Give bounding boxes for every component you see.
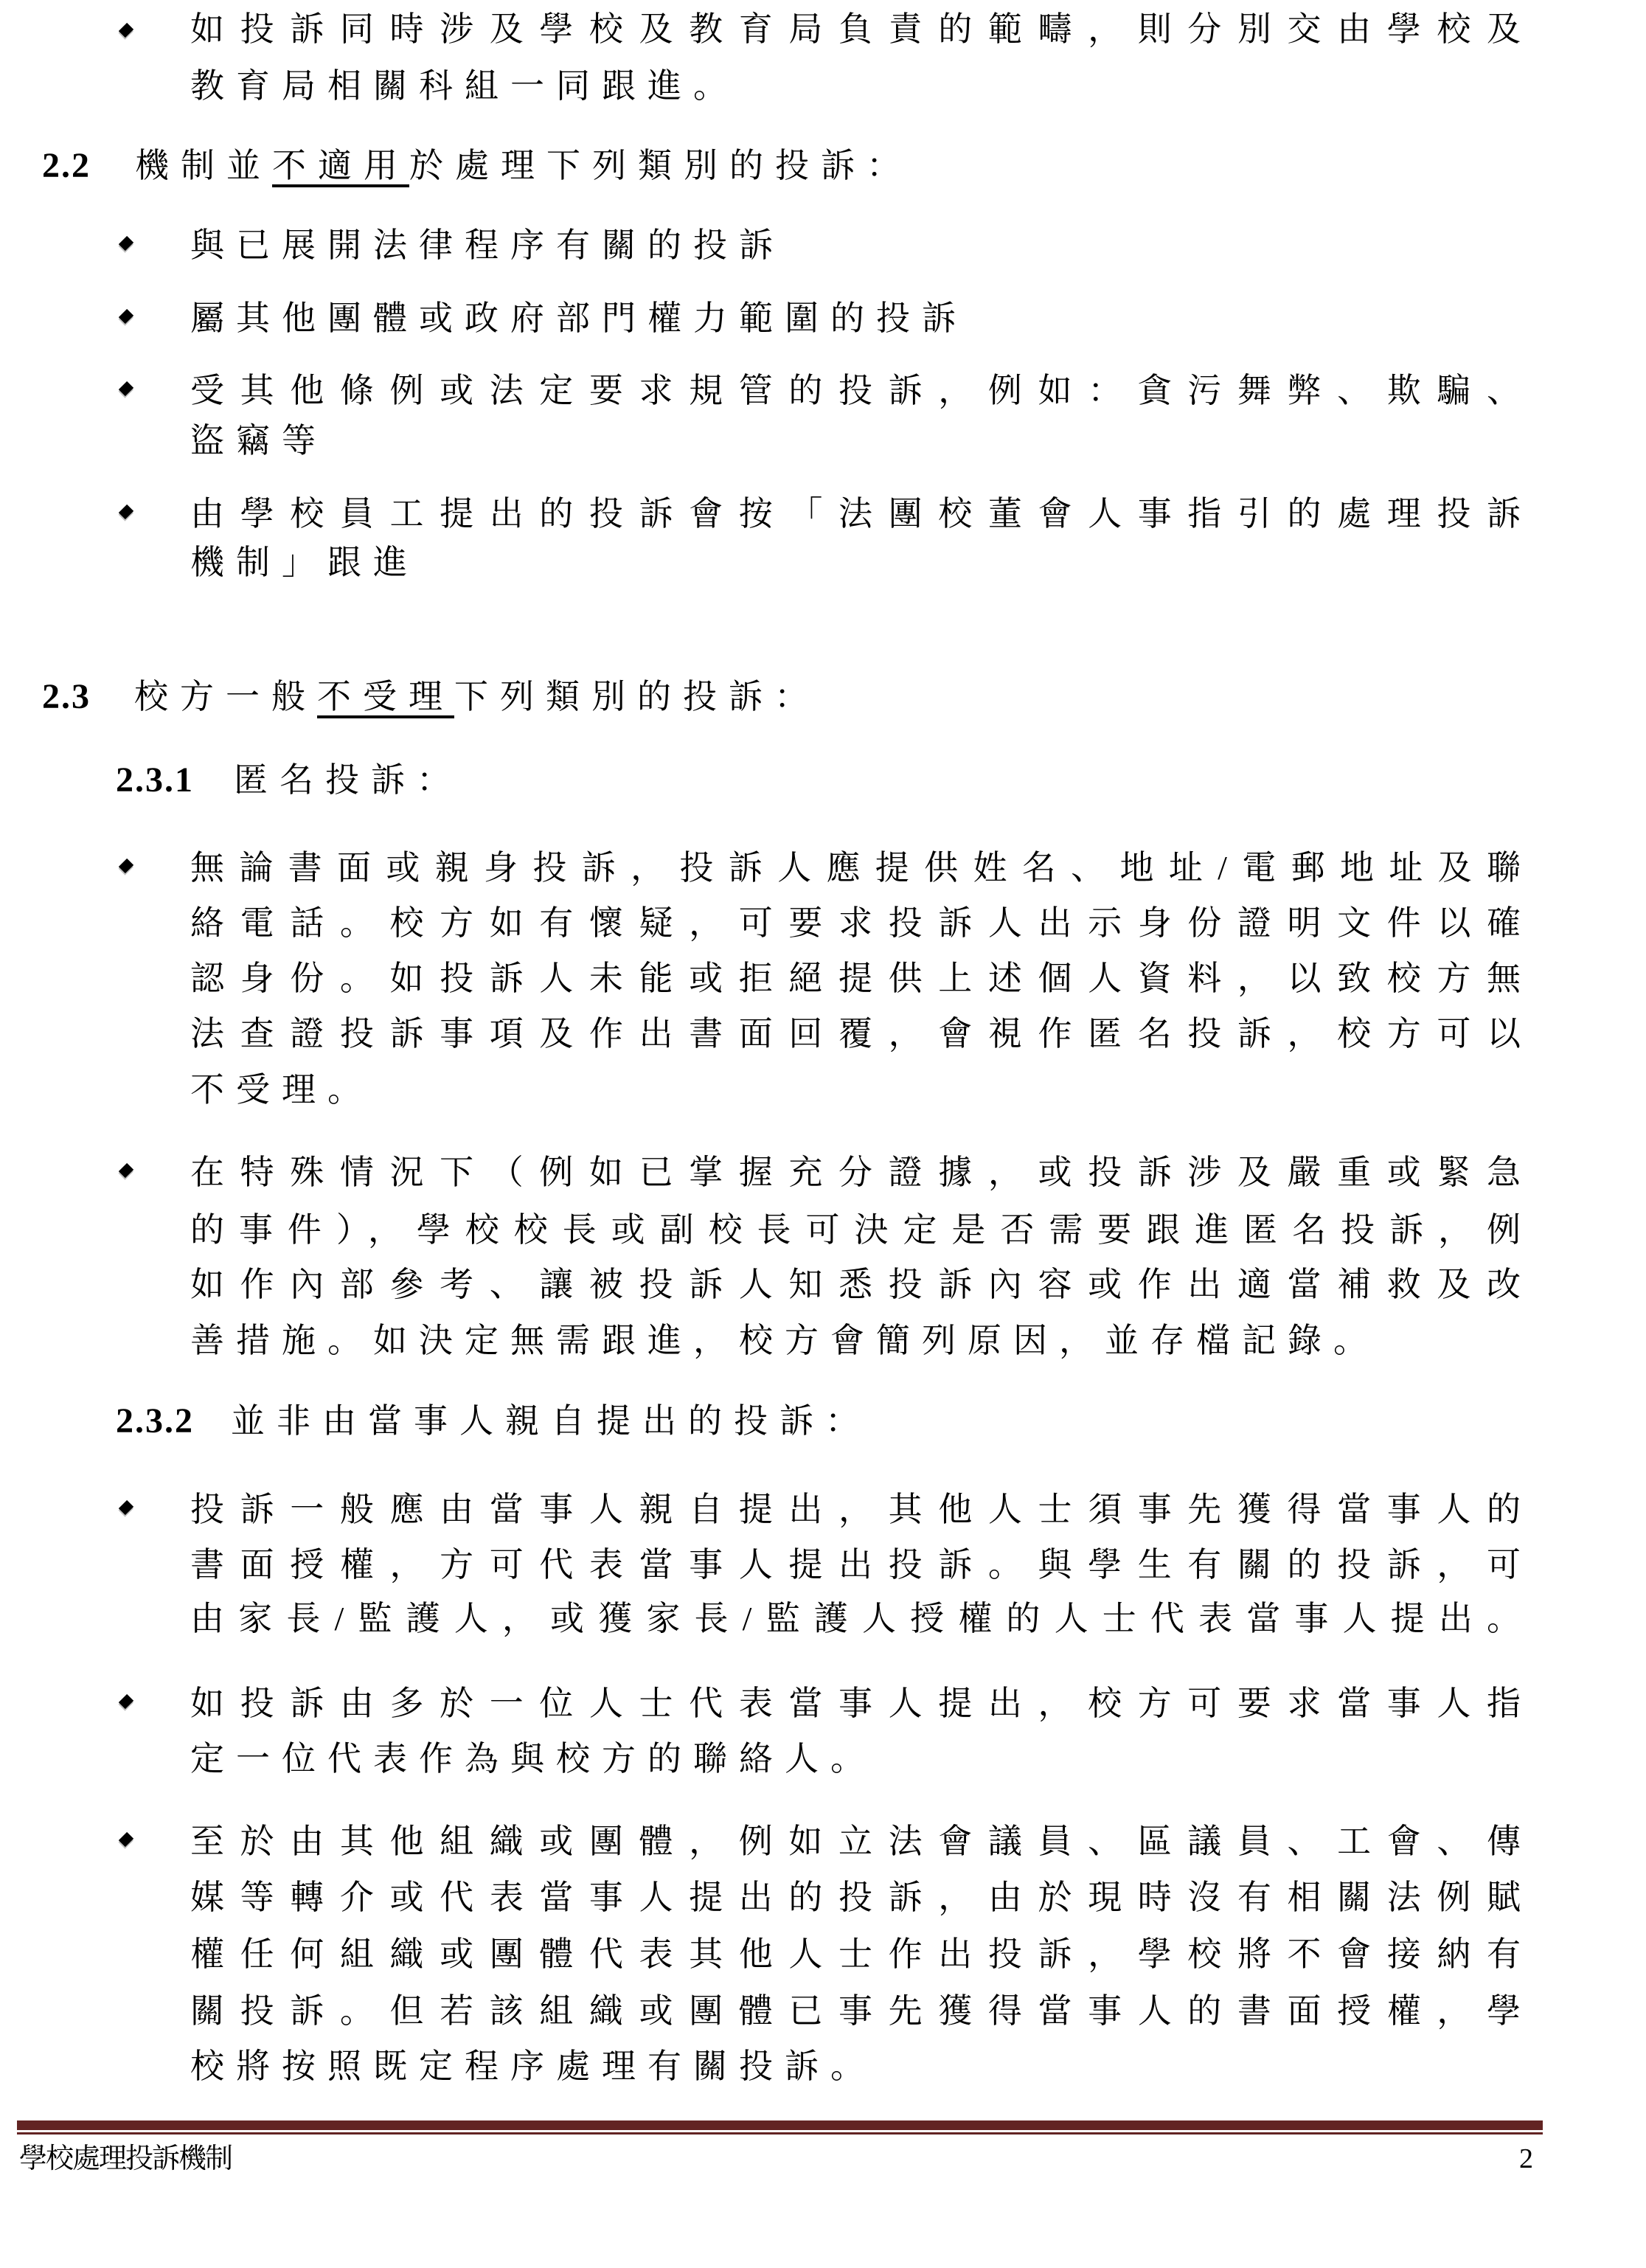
section-number: 2.3 xyxy=(42,675,91,719)
list-item-continuation: 權任何組織或團體代表其他人士作出投訴，學校將不會接納有 xyxy=(190,1932,1531,1977)
bullet-diamond-icon xyxy=(118,1488,136,1532)
bullet-diamond-icon xyxy=(118,369,136,413)
list-item: 無論書面或親身投訴，投訴人應提供姓名、地址/電郵地址及聯 xyxy=(190,846,1531,890)
heading-text: 於處理下列類別的投訴： xyxy=(409,147,912,184)
bullet-diamond-icon xyxy=(118,1682,136,1726)
heading-text: 機制並 xyxy=(135,147,272,184)
section-heading: 校方一般不受理下列類別的投訴： xyxy=(134,675,820,719)
list-item: 與已展開法律程序有關的投訴 xyxy=(190,223,785,268)
list-item-continuation: 媒等轉介或代表當事人提出的投訴，由於現時沒有相關法例賦 xyxy=(190,1876,1531,1920)
footer-rule-thick xyxy=(17,2120,1543,2130)
list-item: 投訴一般應由當事人親自提出，其他人士須事先獲得當事人的 xyxy=(190,1488,1531,1532)
subsection-heading: 匿名投訴： xyxy=(234,758,462,802)
paragraph-line: 如投訴同時涉及學校及教育局負責的範疇，則分別交由學校及 xyxy=(190,7,1531,52)
bullet-diamond-icon xyxy=(118,1820,136,1864)
footer-page-number: 2 xyxy=(1519,2143,1533,2175)
footer-document-title: 學校處理投訴機制 xyxy=(19,2143,232,2175)
list-item-continuation: 關投訴。但若該組織或團體已事先獲得當事人的書面授權，學 xyxy=(190,1989,1531,2033)
list-item: 由學校員工提出的投訴會按「法團校董會人事指引的處理投訴 xyxy=(190,492,1531,536)
list-item-continuation: 盜竊等 xyxy=(190,419,327,463)
list-item: 屬其他團體或政府部門權力範圍的投訴 xyxy=(190,296,968,341)
paragraph-line: 教育局相關科組一同跟進。 xyxy=(190,64,739,108)
list-item: 受其他條例或法定要求規管的投訴，例如：貪污舞弊、欺騙、 xyxy=(190,369,1531,413)
list-item-continuation: 法查證投訴事項及作出書面回覆，會視作匿名投訴，校方可以 xyxy=(190,1012,1531,1056)
heading-emphasis-underlined: 不受理 xyxy=(317,678,454,715)
subsection-number: 2.3.2 xyxy=(116,1399,194,1443)
list-item: 至於由其他組織或團體，例如立法會議員、區議員、工會、傳 xyxy=(190,1820,1531,1864)
bullet-diamond-icon xyxy=(118,846,136,890)
list-item-continuation: 的事件），學校校長或副校長可決定是否需要跟進匿名投訴，例 xyxy=(190,1208,1531,1252)
list-item-continuation: 定一位代表作為與校方的聯絡人。 xyxy=(190,1737,876,1781)
section-heading: 機制並不適用於處理下列類別的投訴： xyxy=(135,144,912,188)
bullet-diamond-icon xyxy=(118,296,136,341)
bullet-diamond-icon xyxy=(118,223,136,268)
subsection-number: 2.3.1 xyxy=(116,758,194,802)
footer-rule-thin xyxy=(17,2132,1543,2135)
bullet-diamond-icon xyxy=(118,1151,136,1195)
list-item: 在特殊情況下（例如已掌握充分證據，或投訴涉及嚴重或緊急 xyxy=(190,1151,1531,1195)
bullet-diamond-icon xyxy=(118,10,136,55)
list-item-continuation: 書面授權，方可代表當事人提出投訴。與學生有關的投訴，可 xyxy=(190,1543,1531,1587)
heading-text: 校方一般 xyxy=(134,678,317,715)
subsection-heading: 並非由當事人親自提出的投訴： xyxy=(231,1399,871,1443)
list-item-continuation: 善措施。如決定無需跟進，校方會簡列原因，並存檔記錄。 xyxy=(190,1319,1379,1363)
list-item-continuation: 由家長/監護人，或獲家長/監護人授權的人士代表當事人提出。 xyxy=(190,1597,1531,1641)
heading-emphasis-underlined: 不適用 xyxy=(272,147,409,184)
heading-text: 下列類別的投訴： xyxy=(454,678,820,715)
list-item-continuation: 不受理。 xyxy=(190,1068,373,1112)
list-item: 如投訴由多於一位人士代表當事人提出，校方可要求當事人指 xyxy=(190,1682,1531,1726)
section-number: 2.2 xyxy=(42,144,91,188)
list-item-continuation: 機制」跟進 xyxy=(190,541,419,585)
list-item-continuation: 絡電話。校方如有懷疑，可要求投訴人出示身份證明文件以確 xyxy=(190,901,1531,946)
bullet-diamond-icon xyxy=(118,492,136,536)
list-item-continuation: 如作內部參考、讓被投訴人知悉投訴內容或作出適當補救及改 xyxy=(190,1263,1531,1307)
list-item-continuation: 認身份。如投訴人未能或拒絕提供上述個人資料，以致校方無 xyxy=(190,957,1531,1001)
list-item-continuation: 校將按照既定程序處理有關投訴。 xyxy=(190,2045,876,2089)
